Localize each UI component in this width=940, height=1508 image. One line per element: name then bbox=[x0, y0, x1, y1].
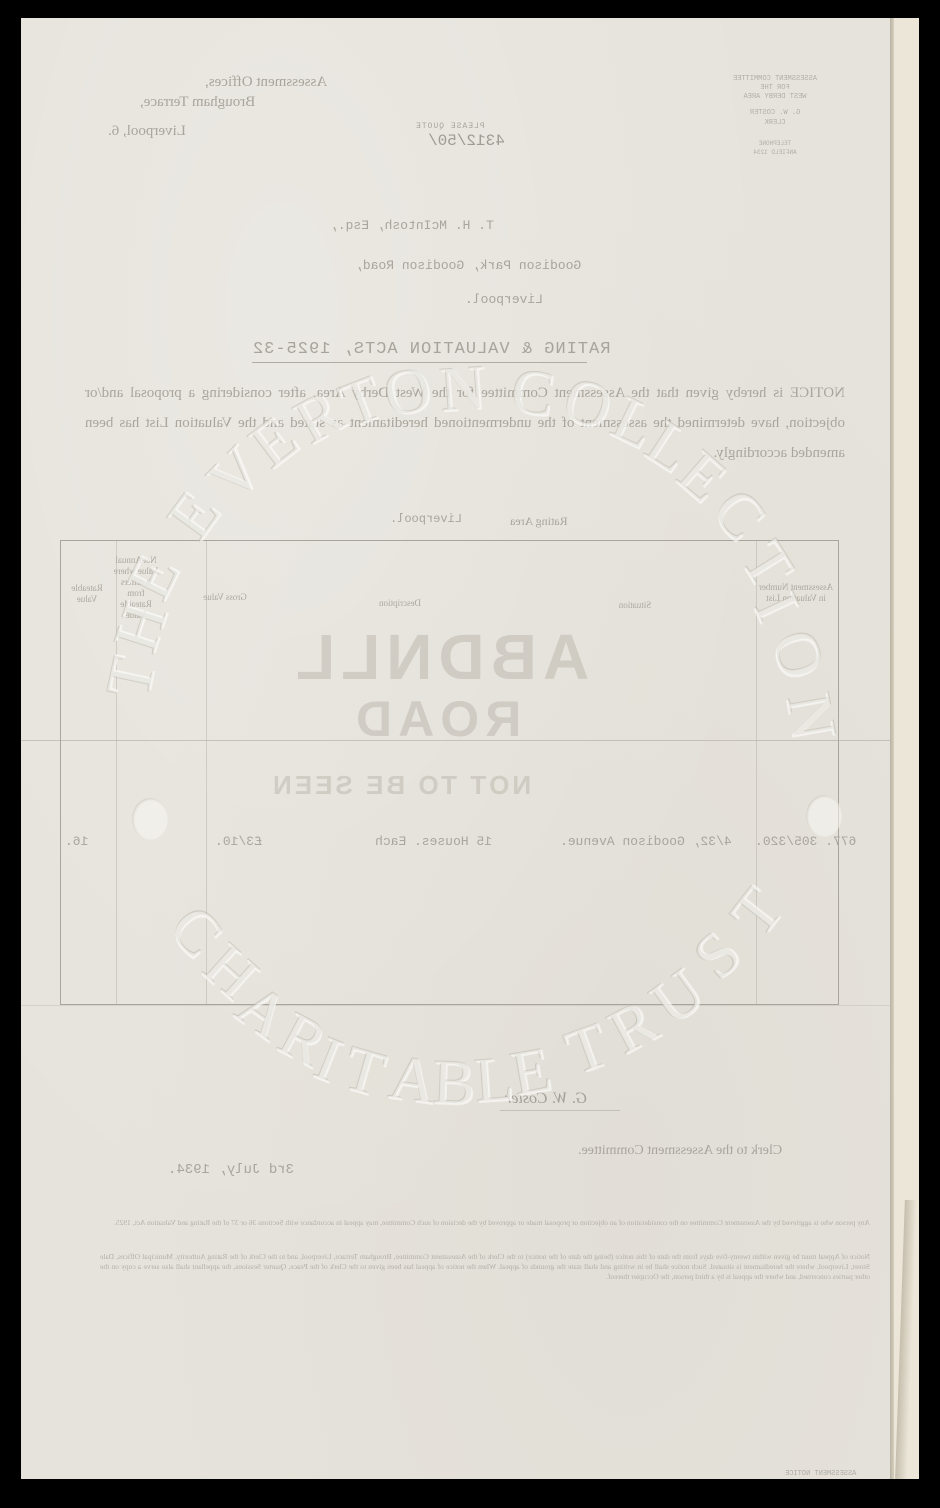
row-assessment-number: 677. 305/320. bbox=[755, 834, 856, 849]
footer-text: ASSESSMENT NOTICE bbox=[785, 1470, 856, 1478]
row-rateable-value: 16. bbox=[65, 834, 88, 849]
letterhead-line-2: Brougham Terrace, bbox=[140, 94, 255, 111]
col-description: Description bbox=[360, 598, 440, 609]
addressee-name: T. H. McIntosh, Esq., bbox=[330, 218, 494, 233]
addressee-street: Goodison Park, Goodison Road, bbox=[355, 258, 581, 273]
col-situation: Situation bbox=[600, 600, 670, 611]
signatory-title: Clerk to the Assessment Committee. bbox=[578, 1143, 782, 1159]
reference-label: PLEASE QUOTE bbox=[415, 122, 485, 131]
committee-for: FOR THE bbox=[680, 84, 870, 93]
rating-area-label: Rating Area bbox=[510, 514, 568, 529]
col-rateable-value: Rateable Value bbox=[62, 583, 112, 605]
col-gross-value: Gross Value bbox=[200, 592, 250, 603]
committee-name: ASSESSMENT COMMITTEE bbox=[680, 75, 870, 84]
ghost-stamp-lower: NOT TO BE SEEN bbox=[270, 770, 531, 801]
fold-line bbox=[21, 1005, 890, 1006]
reference-number: 4312/50/ bbox=[428, 132, 505, 150]
committee-area: WEST DERBY AREA bbox=[680, 93, 870, 102]
ghost-stamp-middle: ROAD bbox=[350, 690, 521, 748]
watermark-dot-right bbox=[806, 795, 842, 837]
telephone-label: TELEPHONE bbox=[680, 139, 870, 148]
page-edge-shadow bbox=[890, 18, 894, 1479]
clerk-title: CLERK bbox=[680, 119, 870, 128]
notice-heading: RATING & VALUATION ACTS, 1925-32 bbox=[252, 340, 610, 359]
clerk-name: G. W. COSTER bbox=[680, 109, 870, 118]
footnote-notice-of-appeal: Notice of Appeal must be given within tw… bbox=[100, 1252, 870, 1282]
row-description: 15 Houses. Each bbox=[375, 834, 492, 849]
row-situation: 4/32, Goodison Avenue. bbox=[560, 834, 732, 849]
ghost-stamp-upper: ABDNLL bbox=[290, 620, 589, 694]
row-gross-value: £3/10. bbox=[215, 834, 262, 849]
notice-date: 3rd July, 1934. bbox=[168, 1162, 294, 1178]
addressee-city: Liverpool. bbox=[465, 292, 543, 307]
telephone-number: ANFIELD 1234 bbox=[680, 148, 870, 157]
letterhead-line-1: Assessment Offices, bbox=[205, 74, 327, 91]
letterhead-line-3: Liverpool, 6. bbox=[108, 123, 186, 140]
rating-area-value: Liverpool. bbox=[390, 512, 462, 526]
watermark-dot-left bbox=[132, 798, 168, 840]
footnote-appeal: Any person who is aggrieved by the Asses… bbox=[100, 1218, 870, 1228]
